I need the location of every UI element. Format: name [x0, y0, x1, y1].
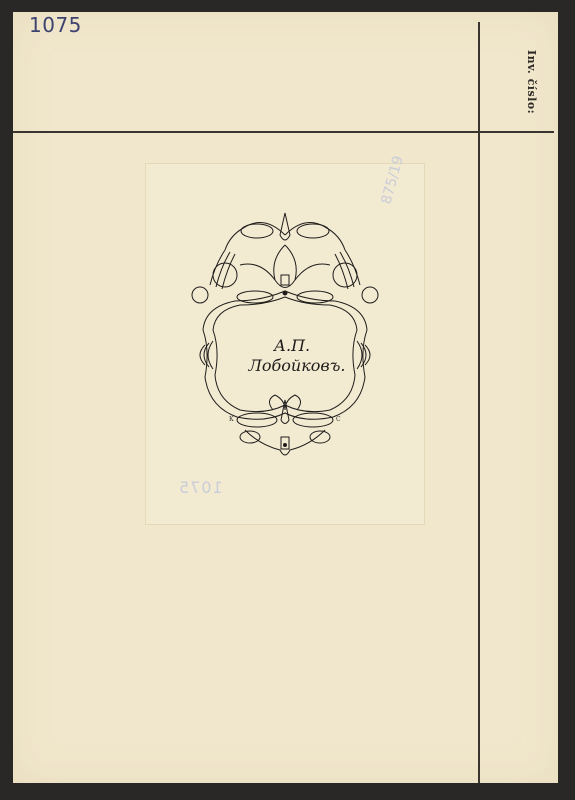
artist-mark-left: К [229, 416, 234, 423]
horizontal-rule [13, 131, 554, 133]
inventory-number-label: Inv. číslo: [525, 50, 538, 114]
show-through-number: 1075 [178, 478, 223, 497]
owner-initials: А.П. [212, 336, 372, 355]
owner-surname: Лобойковъ. [222, 356, 372, 375]
bookplate-owner-name: А.П. Лобойковъ. [222, 336, 372, 375]
artist-mark-right: С [336, 416, 341, 423]
handwritten-catalog-number: 1075 [29, 13, 82, 37]
vertical-rule [478, 22, 480, 783]
